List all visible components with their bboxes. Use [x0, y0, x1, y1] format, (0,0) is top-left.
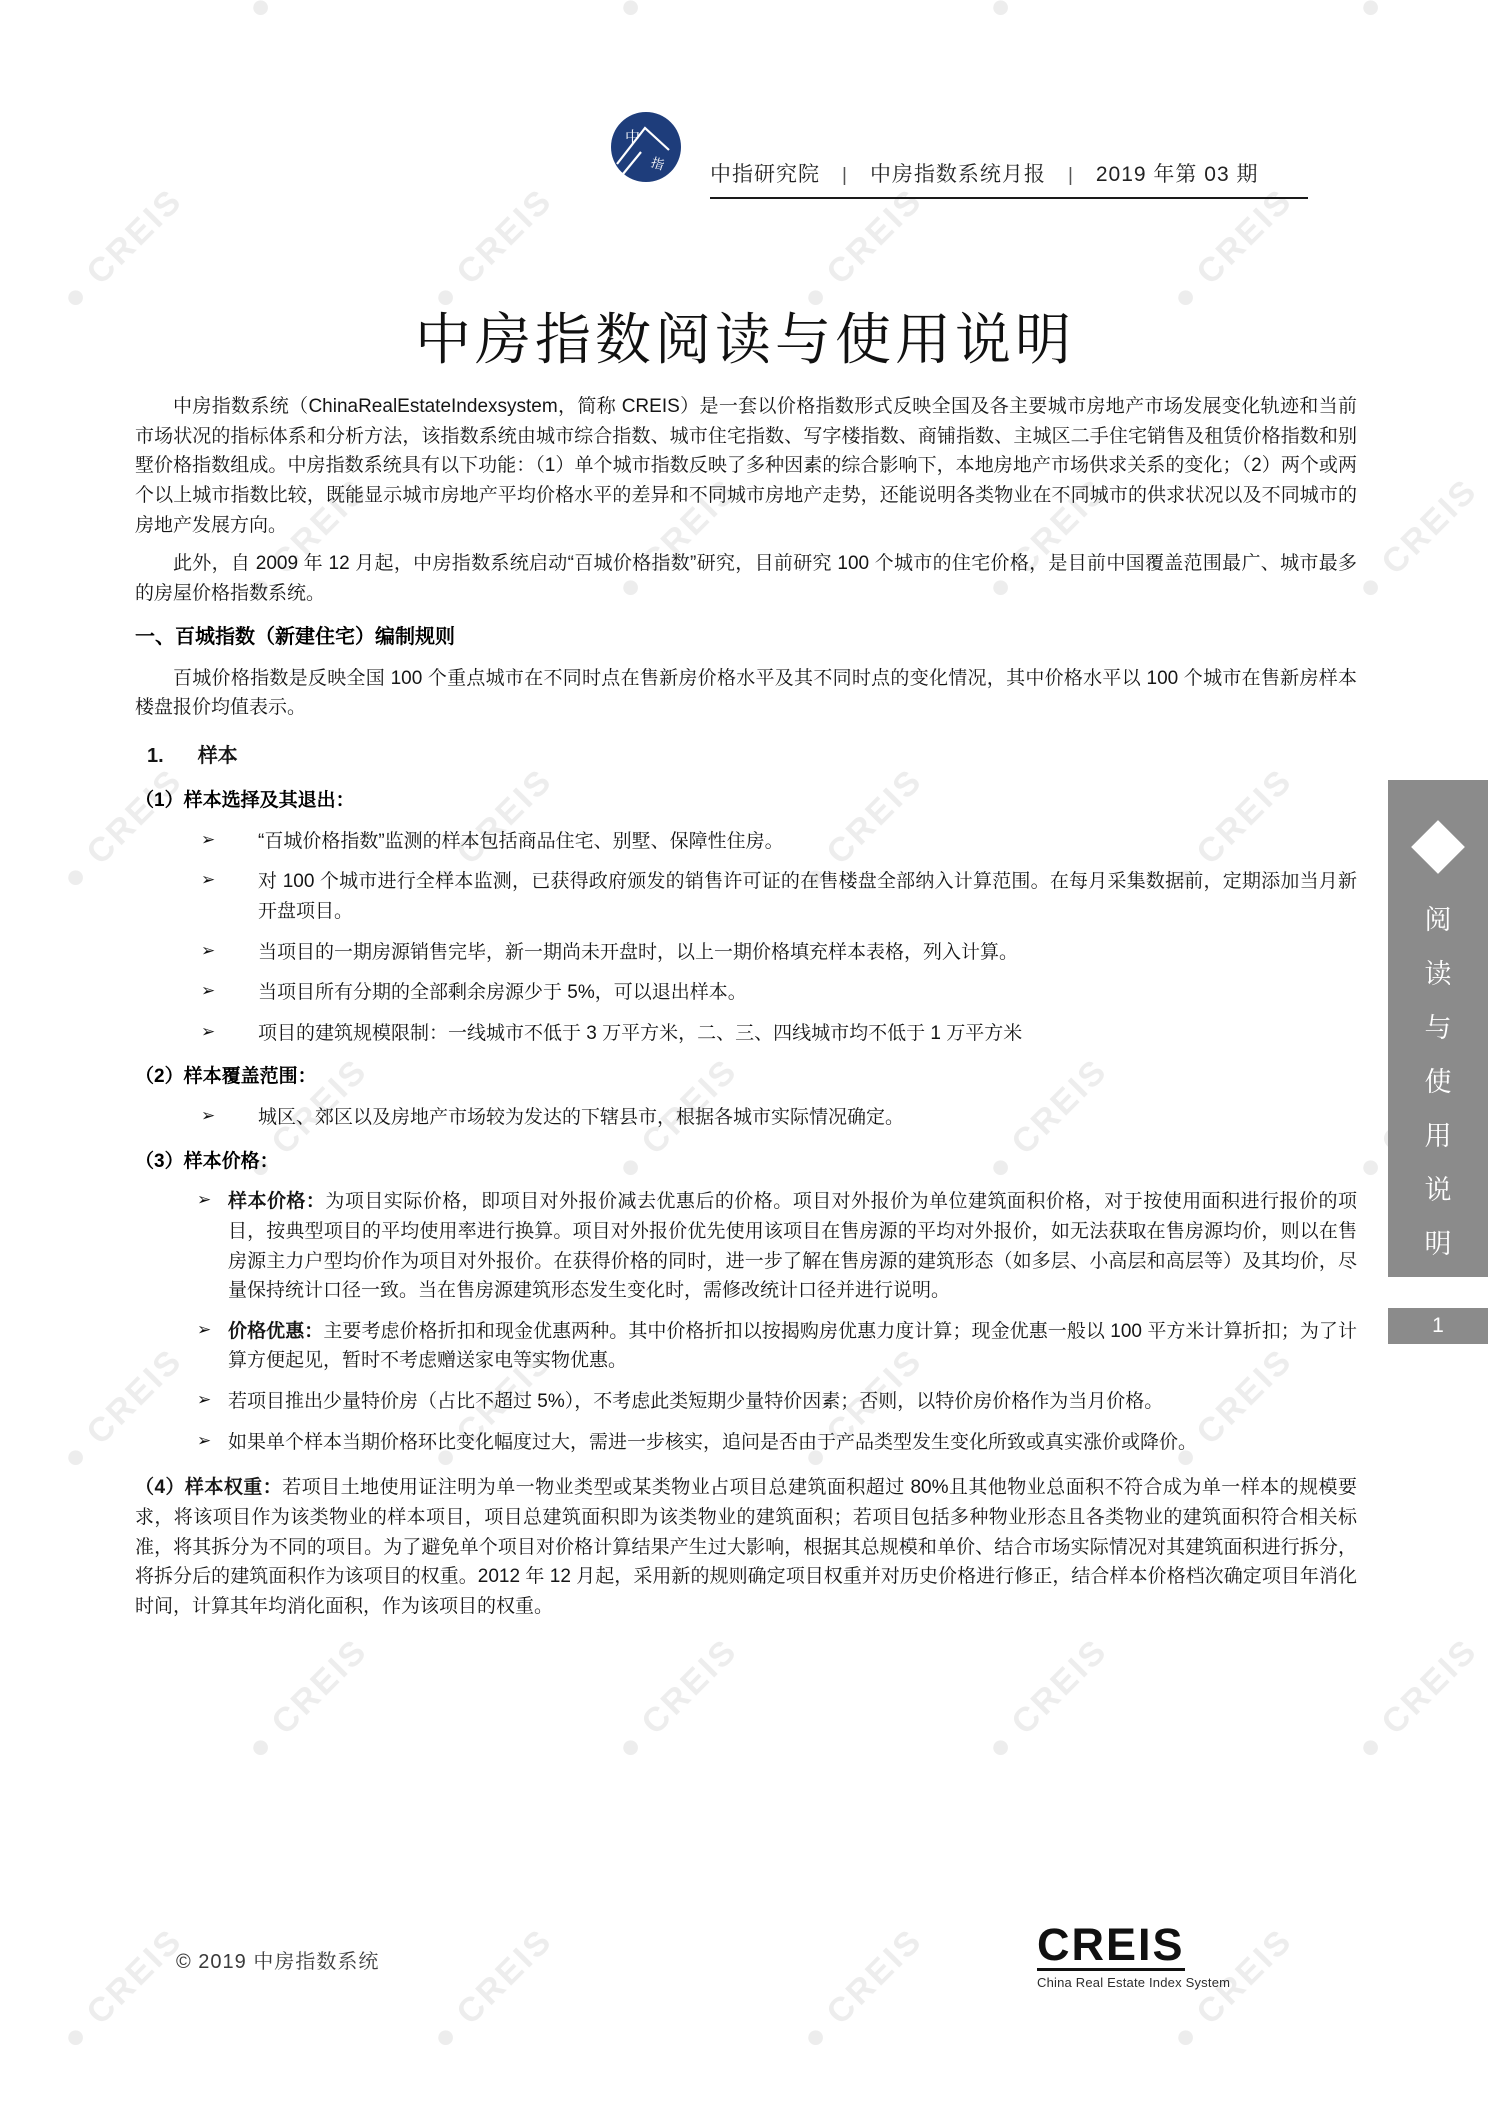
sidebar-char: 读 — [1388, 952, 1488, 991]
watermark: ● CREIS — [239, 0, 376, 28]
arrow-bullet-icon: ➢ — [197, 1317, 211, 1344]
sidebar-vertical-label: 阅读与使用说明 — [1388, 898, 1488, 1276]
list-item-text: 对 100 个城市进行全样本监测，已获得政府颁发的销售许可证的在售楼盘全部纳入计… — [258, 871, 1357, 922]
arrow-bullet-icon: ➢ — [201, 1019, 215, 1046]
header-separator: | — [1068, 165, 1074, 187]
arrow-bullet-icon: ➢ — [201, 827, 215, 854]
arrow-bullet-icon: ➢ — [201, 867, 215, 894]
item1-label: （1）样本选择及其退出： — [135, 786, 1357, 816]
section-heading: 一、百城指数（新建住宅）编制规则 — [135, 622, 1357, 653]
creis-logo-subtitle: China Real Estate Index System — [1037, 1975, 1213, 1990]
list-item: ➢“百城价格指数”监测的样本包括商品住宅、别墅、保障性住房。 — [135, 827, 1357, 857]
list-item-text: “百城价格指数”监测的样本包括商品住宅、别墅、保障性住房。 — [258, 831, 784, 852]
intro-paragraph-2: 此外，自 2009 年 12 月起，中房指数系统启动“百城价格指数”研究，目前研… — [135, 549, 1357, 608]
list-item: ➢对 100 个城市进行全样本监测，已获得政府颁发的销售许可证的在售楼盘全部纳入… — [135, 867, 1357, 926]
sidebar-char: 用 — [1388, 1114, 1488, 1153]
subsection-heading-sample: 1.样本 — [147, 741, 1357, 772]
sidebar-char: 明 — [1388, 1222, 1488, 1261]
list-item: ➢价格优惠：主要考虑价格折扣和现金优惠两种。其中价格折扣以按揭购房优惠力度计算；… — [135, 1317, 1357, 1376]
header-org: 中指研究院 — [710, 158, 820, 188]
arrow-bullet-icon: ➢ — [197, 1187, 211, 1214]
sidebar-chapter-tab: 阅读与使用说明 — [1388, 780, 1488, 1277]
watermark: ● CREIS — [0, 471, 6, 608]
subsection-number: 1. — [147, 745, 164, 767]
item4-label: （4）样本权重： — [135, 1477, 282, 1498]
arrow-bullet-icon: ➢ — [197, 1387, 211, 1414]
item3-bullet-list: ➢样本价格：为项目实际价格，即项目对外报价减去优惠后的价格。项目对外报价为单位建… — [135, 1187, 1357, 1457]
document-body: 中房指数系统（ChinaRealEstateIndexsystem，简称 CRE… — [135, 392, 1357, 1621]
list-item: ➢若项目推出少量特价房（占比不超过 5%），不考虑此类短期少量特价因素；否则，以… — [135, 1387, 1357, 1417]
copyright-text: © 2019 中房指数系统 — [176, 1945, 379, 1974]
list-item-text: 项目的建筑规模限制：一线城市不低于 3 万平方米，二、三、四线城市均不低于 1 … — [258, 1023, 1022, 1044]
report-header: 中指研究院 | 中房指数系统月报 | 2019 年第 03 期 — [710, 158, 1308, 199]
sidebar-char: 与 — [1388, 1006, 1488, 1045]
arrow-bullet-icon: ➢ — [201, 978, 215, 1005]
item1-bullet-list: ➢“百城价格指数”监测的样本包括商品住宅、别墅、保障性住房。 ➢对 100 个城… — [135, 827, 1357, 1049]
watermark: ● CREIS — [54, 1921, 191, 2058]
page-number-badge: 1 — [1388, 1308, 1488, 1344]
sidebar-char: 说 — [1388, 1168, 1488, 1207]
sidebar-char: 阅 — [1388, 898, 1488, 937]
item4-text: 若项目土地使用证注明为单一物业类型或某类物业占项目总建筑面积超过 80%且其他物… — [135, 1477, 1357, 1617]
watermark: ● CREIS — [424, 1921, 561, 2058]
report-page: ● CREIS● CREIS● CREIS● CREIS● CREIS● CRE… — [0, 0, 1488, 2104]
arrow-bullet-icon: ➢ — [197, 1428, 211, 1455]
list-item: ➢项目的建筑规模限制：一线城市不低于 3 万平方米，二、三、四线城市均不低于 1… — [135, 1019, 1357, 1049]
list-item-text: 若项目推出少量特价房（占比不超过 5%），不考虑此类短期少量特价因素；否则，以特… — [228, 1391, 1163, 1412]
item4-paragraph: （4）样本权重：若项目土地使用证注明为单一物业类型或某类物业占项目总建筑面积超过… — [135, 1473, 1357, 1621]
item2-bullet-list: ➢城区、郊区以及房地产市场较为发达的下辖县市，根据各城市实际情况确定。 — [135, 1103, 1357, 1133]
watermark: ● CREIS — [609, 0, 746, 28]
diamond-icon — [1411, 820, 1465, 874]
list-item: ➢当项目的一期房源销售完毕，新一期尚未开盘时，以上一期价格填充样本表格，列入计算… — [135, 938, 1357, 968]
watermark: ● CREIS — [609, 1631, 746, 1768]
item3-label: （3）样本价格： — [135, 1147, 1357, 1177]
arrow-bullet-icon: ➢ — [201, 938, 215, 965]
list-item: ➢当项目所有分期的全部剩余房源少于 5%，可以退出样本。 — [135, 978, 1357, 1008]
list-item-text: 当项目的一期房源销售完毕，新一期尚未开盘时，以上一期价格填充样本表格，列入计算。 — [258, 942, 1018, 963]
list-item-lead: 样本价格： — [228, 1191, 325, 1212]
list-item-text: 城区、郊区以及房地产市场较为发达的下辖县市，根据各城市实际情况确定。 — [258, 1107, 904, 1128]
section-lead-paragraph: 百城价格指数是反映全国 100 个重点城市在不同时点在售新房价格水平及其不同时点… — [135, 664, 1357, 723]
page-number: 1 — [1432, 1314, 1444, 1338]
watermark: ● CREIS — [979, 1631, 1116, 1768]
list-item: ➢样本价格：为项目实际价格，即项目对外报价减去优惠后的价格。项目对外报价为单位建… — [135, 1187, 1357, 1306]
list-item-text: 主要考虑价格折扣和现金优惠两种。其中价格折扣以按揭购房优惠力度计算；现金优惠一般… — [228, 1321, 1357, 1372]
watermark: ● CREIS — [1349, 0, 1486, 28]
list-item-text: 为项目实际价格，即项目对外报价减去优惠后的价格。项目对外报价为单位建筑面积价格，… — [228, 1191, 1357, 1301]
list-item-lead: 价格优惠： — [228, 1321, 323, 1342]
creis-logo-text: CREIS — [1037, 1922, 1185, 1971]
creis-logo: CREIS China Real Estate Index System — [1037, 1922, 1213, 1990]
zhongzhi-logo-icon: 中 指 — [611, 112, 681, 182]
watermark: ● CREIS — [0, 0, 6, 28]
item2-label: （2）样本覆盖范围： — [135, 1062, 1357, 1092]
watermark: ● CREIS — [1349, 471, 1486, 608]
list-item: ➢城区、郊区以及房地产市场较为发达的下辖县市，根据各城市实际情况确定。 — [135, 1103, 1357, 1133]
watermark: ● CREIS — [239, 1631, 376, 1768]
list-item: ➢如果单个样本当期价格环比变化幅度过大，需进一步核实，追问是否由于产品类型发生变… — [135, 1428, 1357, 1458]
list-item-text: 当项目所有分期的全部剩余房源少于 5%，可以退出样本。 — [258, 982, 747, 1003]
list-item-text: 如果单个样本当期价格环比变化幅度过大，需进一步核实，追问是否由于产品类型发生变化… — [228, 1432, 1197, 1453]
header-publication: 中房指数系统月报 — [870, 158, 1046, 188]
watermark: ● CREIS — [1349, 1631, 1486, 1768]
svg-text:中: 中 — [625, 128, 640, 146]
watermark: ● CREIS — [794, 1921, 931, 2058]
document-title: 中房指数阅读与使用说明 — [134, 296, 1356, 376]
header-separator: | — [842, 165, 848, 187]
watermark: ● CREIS — [0, 1051, 6, 1188]
sidebar-char: 使 — [1388, 1060, 1488, 1099]
watermark: ● CREIS — [979, 0, 1116, 28]
arrow-bullet-icon: ➢ — [201, 1103, 215, 1130]
intro-paragraph-1: 中房指数系统（ChinaRealEstateIndexsystem，简称 CRE… — [135, 392, 1357, 540]
subsection-title: 样本 — [198, 745, 238, 767]
header-issue: 2019 年第 03 期 — [1096, 158, 1259, 188]
watermark: ● CREIS — [0, 1631, 6, 1768]
